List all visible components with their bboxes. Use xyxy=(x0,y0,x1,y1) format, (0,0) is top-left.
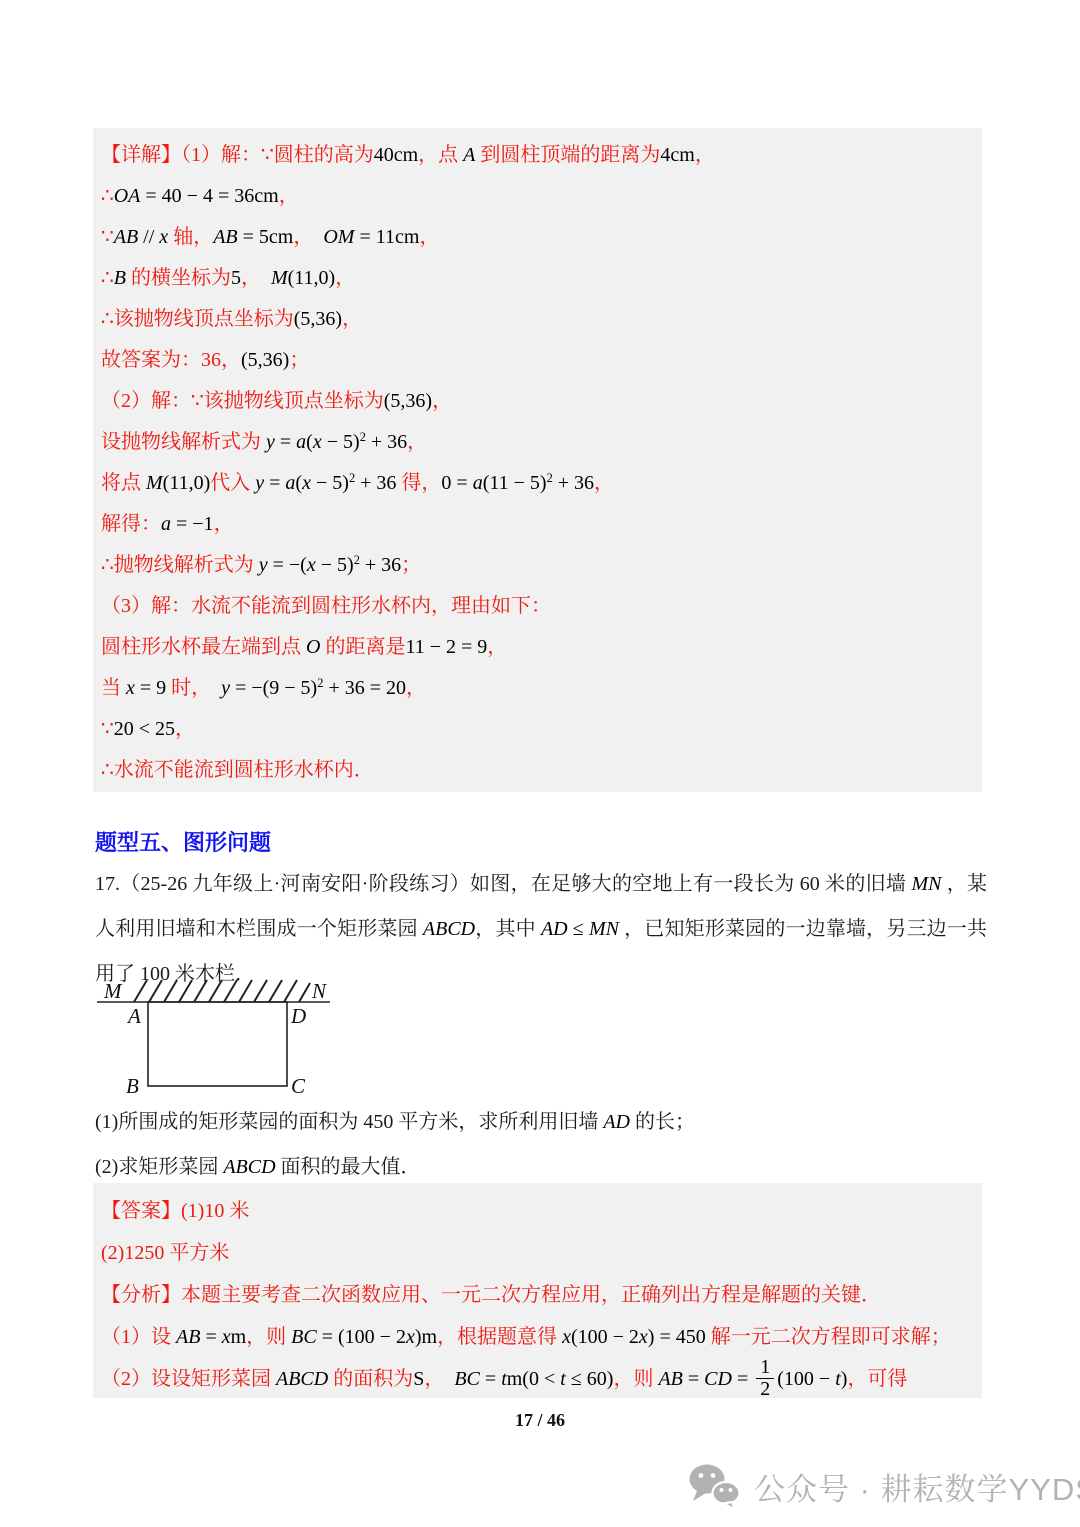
text-segment: (5,36) xyxy=(384,390,432,412)
text-segment: 故答案为：36， xyxy=(101,349,241,371)
text-segment: ， xyxy=(432,390,452,412)
text-segment: ，可得 xyxy=(847,1368,907,1390)
detailed-solution-block: 【详解】（1）解：∵圆柱的高为40cm，点 A 到圆柱顶端的距离为4cm，∴OA… xyxy=(93,128,982,792)
text-segment: = xyxy=(200,1326,221,1348)
text-segment: AD xyxy=(603,1111,630,1133)
text-segment: ， xyxy=(241,267,271,289)
text-line: （1）设 AB = xm，则 BC = (100 − 2x)m，根据题意得 x(… xyxy=(101,1316,968,1358)
text-line: （2）设设矩形菜园 ABCD 的面积为S， BC = tm(0 < t ≤ 60… xyxy=(101,1358,968,1402)
text-line: 将点 M(11,0)代入 y = a(x − 5)2 + 36 得，0 = a(… xyxy=(101,463,968,504)
text-segment: y xyxy=(255,472,264,494)
text-segment: AB xyxy=(176,1326,200,1348)
text-segment: x xyxy=(313,431,322,453)
text-segment: ， xyxy=(342,308,362,330)
text-segment: ，其中 xyxy=(475,918,541,940)
text-segment: x xyxy=(159,226,168,248)
section-heading: 题型五、图形问题 xyxy=(95,826,271,857)
label-m: M xyxy=(103,979,123,1003)
text-segment: ，点 xyxy=(418,144,463,166)
text-segment: ，则 xyxy=(613,1368,658,1390)
text-segment: ， xyxy=(407,431,427,453)
text-segment: 的面积为 xyxy=(328,1368,413,1390)
text-segment: = 5cm xyxy=(238,226,294,248)
text-segment: （2）解：∵该抛物线顶点坐标为 xyxy=(101,390,384,412)
text-segment: ， xyxy=(279,185,299,207)
text-line: 故答案为：36，(5,36)； xyxy=(101,340,968,381)
text-segment: 代入 xyxy=(210,472,255,494)
text-segment: 2 xyxy=(360,430,366,444)
text-segment: a xyxy=(296,431,306,453)
text-line: ∵AB // x 轴，AB = 5cm， OM = 11cm， xyxy=(101,217,968,258)
text-segment: ≤ xyxy=(568,918,589,940)
text-segment: O xyxy=(306,636,320,658)
text-segment: 【答案】(1)10 米 xyxy=(101,1200,249,1222)
rectangle-abcd xyxy=(148,1002,287,1086)
text-line: 圆柱形水杯最左端到点 O 的距离是11 − 2 = 9， xyxy=(101,627,968,668)
text-segment: ABCD xyxy=(423,918,475,940)
fraction: 12 xyxy=(756,1357,774,1400)
text-segment: 【详解】（1）解：∵圆柱的高为 xyxy=(101,144,374,166)
text-segment: 解得： xyxy=(101,513,161,535)
text-segment: ，则 xyxy=(246,1326,291,1348)
text-line: (1)所围成的矩形菜园的面积为 450 平方米，求所利用旧墙 AD 的长； xyxy=(95,1100,987,1145)
text-segment: y xyxy=(221,677,230,699)
text-segment: ABCD xyxy=(223,1156,275,1178)
text-line: ∵20 < 25， xyxy=(101,709,968,750)
text-segment: ( xyxy=(306,431,313,453)
text-line: ∴OA = 40 − 4 = 36cm， xyxy=(101,176,968,217)
text-segment: 将点 xyxy=(101,472,146,494)
text-segment: S xyxy=(413,1368,424,1390)
text-segment: 11 − 2 = 9 xyxy=(405,636,487,658)
text-segment: 0 = xyxy=(441,472,472,494)
text-segment: 的长； xyxy=(630,1111,695,1133)
document-page: 【详解】（1）解：∵圆柱的高为40cm，点 A 到圆柱顶端的距离为4cm，∴OA… xyxy=(0,0,1080,1527)
text-segment: 20 < 25 xyxy=(114,718,175,740)
text-segment: ∴该抛物线顶点坐标为 xyxy=(101,308,294,330)
text-segment: 2 xyxy=(317,676,323,690)
text-segment: 时， xyxy=(171,677,221,699)
problem-parts: (1)所围成的矩形菜园的面积为 450 平方米，求所利用旧墙 AD 的长；(2)… xyxy=(95,1100,987,1190)
text-segment: 的横坐标为 xyxy=(126,267,231,289)
text-segment: (100 − 2 xyxy=(571,1326,639,1348)
text-segment: y xyxy=(259,554,268,576)
text-line: 【答案】(1)10 米 xyxy=(101,1190,968,1232)
text-segment: 当 xyxy=(101,677,126,699)
text-segment: ∴ xyxy=(101,185,114,207)
text-segment: BC xyxy=(454,1368,480,1390)
text-segment: m xyxy=(231,1326,247,1348)
text-segment: ， xyxy=(175,718,195,740)
text-segment: = −( xyxy=(268,554,307,576)
text-segment: = (100 − 2 xyxy=(317,1326,406,1348)
text-segment: ∴ xyxy=(101,267,114,289)
text-segment: 2 xyxy=(547,471,553,485)
text-segment: (1)所围成的矩形菜园的面积为 450 平方米，求所利用旧墙 xyxy=(95,1111,603,1133)
wall-hatching xyxy=(134,980,310,1002)
label-a: A xyxy=(126,1004,141,1028)
text-segment: − 5) xyxy=(311,472,349,494)
page-number: 17 / 46 xyxy=(0,1410,1080,1431)
text-segment: 的距离是 xyxy=(320,636,405,658)
text-segment: ∵ xyxy=(101,718,114,740)
text-segment: 4cm xyxy=(660,144,694,166)
label-d: D xyxy=(290,1004,306,1028)
text-segment: ； xyxy=(401,554,421,576)
text-segment: + 36 xyxy=(553,472,594,494)
text-segment: ，根据题意得 xyxy=(437,1326,562,1348)
text-segment: (5,36) xyxy=(241,349,289,371)
footer-account-label: 公众号 · 耕耘数学YYDS xyxy=(754,1464,1080,1509)
text-line: (2)1250 平方米 xyxy=(101,1232,968,1274)
text-segment: AB xyxy=(213,226,237,248)
text-segment: 【分析】本题主要考查二次函数应用、一元二次方程应用，正确列出方程是解题的关键． xyxy=(101,1284,881,1306)
text-line: ∴抛物线解析式为 y = −(x − 5)2 + 36； xyxy=(101,545,968,586)
text-segment: 40cm xyxy=(374,144,418,166)
text-segment: 17.（25-26 九年级上·河南安阳·阶段练习）如图，在足够大的空地上有一段长… xyxy=(95,873,911,895)
text-line: 【详解】（1）解：∵圆柱的高为40cm，点 A 到圆柱顶端的距离为4cm， xyxy=(101,135,968,176)
text-segment: ∵ xyxy=(101,226,114,248)
text-segment: AB xyxy=(658,1368,682,1390)
label-b: B xyxy=(126,1074,139,1098)
text-segment: ， xyxy=(406,677,426,699)
text-segment: a xyxy=(161,513,171,535)
text-segment: = xyxy=(683,1368,704,1390)
text-segment: a xyxy=(473,472,483,494)
text-segment: 面积的最大值． xyxy=(276,1156,421,1178)
text-segment: 轴， xyxy=(168,226,213,248)
text-segment: = 40 − 4 = 36cm xyxy=(140,185,278,207)
text-segment: ， xyxy=(214,513,234,535)
text-segment: x xyxy=(307,554,316,576)
text-segment: A xyxy=(463,144,475,166)
wechat-icon xyxy=(686,1462,744,1510)
text-segment: 设抛物线解析式为 xyxy=(101,431,266,453)
text-line: ∴该抛物线顶点坐标为(5,36)， xyxy=(101,299,968,340)
text-line: ∴水流不能流到圆柱形水杯内． xyxy=(101,750,968,791)
text-segment: ， xyxy=(594,472,614,494)
text-segment: 5 xyxy=(231,267,241,289)
text-segment: ， xyxy=(695,144,715,166)
text-segment: （1）设 xyxy=(101,1326,176,1348)
text-segment: MN xyxy=(589,918,619,940)
text-segment: M xyxy=(271,267,288,289)
text-segment: (11 − 5) xyxy=(483,472,547,494)
text-segment: 解一元二次方程即可求解； xyxy=(711,1326,951,1348)
rectangle-garden-figure: M N A D B C xyxy=(90,975,430,1103)
text-segment: （2）设设矩形菜园 xyxy=(101,1368,276,1390)
label-n: N xyxy=(311,979,327,1003)
text-segment: − 5) xyxy=(322,431,360,453)
footer: 公众号 · 耕耘数学YYDS xyxy=(686,1462,1080,1510)
text-segment: = 9 xyxy=(135,677,171,699)
text-segment: = xyxy=(732,1368,753,1390)
text-segment: ∴抛物线解析式为 xyxy=(101,554,259,576)
text-segment: OA xyxy=(114,185,141,207)
text-segment: ∴水流不能流到圆柱形水杯内． xyxy=(101,759,374,781)
text-segment: + 36 = 20 xyxy=(323,677,406,699)
text-segment: m(0 < xyxy=(507,1368,561,1390)
text-segment: (2)求矩形菜园 xyxy=(95,1156,223,1178)
answer-analysis-block: 【答案】(1)10 米(2)1250 平方米【分析】本题主要考查二次函数应用、一… xyxy=(93,1183,982,1398)
text-segment: ； xyxy=(289,349,309,371)
text-segment: B xyxy=(114,267,126,289)
text-segment: ≤ 60) xyxy=(566,1368,614,1390)
text-segment: ， xyxy=(335,267,355,289)
text-segment: x xyxy=(639,1326,648,1348)
text-segment: = xyxy=(264,472,285,494)
text-segment: = 11cm xyxy=(354,226,419,248)
text-segment: = −1 xyxy=(171,513,214,535)
text-segment: = xyxy=(480,1368,501,1390)
text-segment: (11,0) xyxy=(288,267,336,289)
text-segment: (100 − xyxy=(777,1368,835,1390)
text-line: 解得：a = −1， xyxy=(101,504,968,545)
text-segment: AB xyxy=(114,226,138,248)
text-segment: + 36 xyxy=(366,431,407,453)
text-segment: x xyxy=(302,472,311,494)
text-segment: MN xyxy=(911,873,941,895)
text-segment: 2 xyxy=(354,553,360,567)
text-segment: M xyxy=(146,472,163,494)
text-segment: ， xyxy=(424,1368,454,1390)
text-line: （2）解：∵该抛物线顶点坐标为(5,36)， xyxy=(101,381,968,422)
text-segment: CD xyxy=(704,1368,732,1390)
text-segment: x xyxy=(126,677,135,699)
label-c: C xyxy=(291,1074,306,1098)
text-segment: = −(9 − 5) xyxy=(230,677,317,699)
text-segment: // xyxy=(138,226,159,248)
text-segment: + 36 xyxy=(355,472,401,494)
text-segment: ， xyxy=(419,226,439,248)
text-segment: AD xyxy=(541,918,568,940)
text-segment: + 36 xyxy=(360,554,401,576)
text-line: 设抛物线解析式为 y = a(x − 5)2 + 36， xyxy=(101,422,968,463)
text-segment: 2 xyxy=(349,471,355,485)
text-segment: x xyxy=(406,1326,415,1348)
text-segment: （3）解：水流不能流到圆柱形水杯内，理由如下： xyxy=(101,595,551,617)
text-segment: a xyxy=(285,472,295,494)
text-segment: ， xyxy=(293,226,323,248)
text-line: ∴B 的横坐标为5， M(11,0)， xyxy=(101,258,968,299)
text-segment: ) = 450 xyxy=(648,1326,711,1348)
text-line: （3）解：水流不能流到圆柱形水杯内，理由如下： xyxy=(101,586,968,627)
text-segment: x xyxy=(222,1326,231,1348)
text-segment: − 5) xyxy=(316,554,354,576)
text-segment: x xyxy=(562,1326,571,1348)
text-segment: OM xyxy=(323,226,354,248)
text-segment: 到圆柱顶端的距离为 xyxy=(475,144,660,166)
text-segment: 得， xyxy=(401,472,441,494)
text-segment: )m xyxy=(415,1326,437,1348)
text-segment: (2)1250 平方米 xyxy=(101,1242,229,1264)
text-line: 【分析】本题主要考查二次函数应用、一元二次方程应用，正确列出方程是解题的关键． xyxy=(101,1274,968,1316)
text-line: 当 x = 9 时， y = −(9 − 5)2 + 36 = 20， xyxy=(101,668,968,709)
text-segment: ， xyxy=(487,636,507,658)
text-segment: = xyxy=(275,431,296,453)
text-segment: 圆柱形水杯最左端到点 xyxy=(101,636,306,658)
text-segment: y xyxy=(266,431,275,453)
text-segment: ABCD xyxy=(276,1368,328,1390)
text-segment: (5,36) xyxy=(294,308,342,330)
text-segment: BC xyxy=(291,1326,317,1348)
text-segment: (11,0) xyxy=(163,472,211,494)
